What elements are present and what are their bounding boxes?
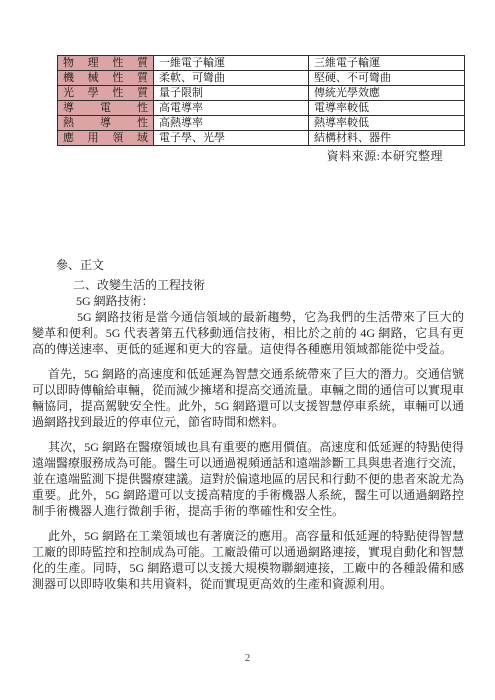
- row-header-mechanical: 機械性質: [63, 71, 148, 85]
- paragraph-industry: 此外，5G 網路在工業領域也有著廣泛的應用。高容量和低延遲的特點使得智慧工廠的即…: [32, 528, 464, 592]
- table-cell: 三維電子輸運: [309, 56, 465, 71]
- row-header-application: 應用領域: [63, 131, 148, 145]
- table-cell: 結構材料、器件: [309, 131, 465, 146]
- topic-line: 5G 網路技術：: [32, 293, 464, 309]
- table-row: 應用領域 電子學、光學 結構材料、器件: [58, 131, 465, 146]
- row-header-physical: 物理性質: [63, 56, 148, 70]
- table-cell: 高電導率: [154, 101, 309, 116]
- properties-comparison-table: 物理性質 一維電子輸運 三維電子輸運 機械性質 柔軟、可彎曲 堅硬、不可彎曲 光…: [57, 55, 465, 146]
- document-page: 物理性質 一維電子輸運 三維電子輸運 機械性質 柔軟、可彎曲 堅硬、不可彎曲 光…: [0, 0, 495, 700]
- table-row: 物理性質 一維電子輸運 三維電子輸運: [58, 56, 465, 71]
- section-heading: 參、正文: [32, 257, 464, 273]
- paragraph-medical: 其次，5G 網路在醫療領域也具有重要的應用價值。高速度和低延遲的特點使得遠端醫療…: [32, 439, 464, 519]
- row-header-thermal: 熱導性: [63, 116, 148, 130]
- row-header-cell: 熱導性: [58, 116, 154, 131]
- subsection-heading: 二、改變生活的工程技術: [32, 277, 464, 293]
- source-note: 資料來源:本研究整理: [57, 147, 464, 164]
- row-header-cell: 應用領域: [58, 131, 154, 146]
- page-number: 2: [0, 652, 495, 664]
- row-header-optical: 光學性質: [63, 86, 148, 100]
- row-header-cell: 機械性質: [58, 71, 154, 86]
- table-row: 熱導性 高熱導率 熱導率較低: [58, 116, 465, 131]
- body-text: 參、正文 二、改變生活的工程技術 5G 網路技術： 5G 網路技術是當今通信領域…: [32, 257, 464, 592]
- table-cell: 一維電子輸運: [154, 56, 309, 71]
- table-cell: 柔軟、可彎曲: [154, 71, 309, 86]
- paragraph-intro: 5G 網路技術是當今通信領域的最新趨勢，它為我們的生活帶來了巨大的變革和便利。5…: [32, 309, 464, 357]
- row-header-cell: 物理性質: [58, 56, 154, 71]
- row-header-cell: 光學性質: [58, 86, 154, 101]
- paragraph-transport: 首先，5G 網路的高速度和低延遲為智慧交通系統帶來了巨大的潛力。交通信號可以即時…: [32, 366, 464, 430]
- table-row: 光學性質 量子限制 傳統光學效應: [58, 86, 465, 101]
- table-row: 導電性 高電導率 電導率較低: [58, 101, 465, 116]
- table-cell: 熱導率較低: [309, 116, 465, 131]
- row-header-conductivity: 導電性: [63, 101, 148, 115]
- table-cell: 堅硬、不可彎曲: [309, 71, 465, 86]
- table-cell: 高熱導率: [154, 116, 309, 131]
- table-cell: 量子限制: [154, 86, 309, 101]
- table-cell: 傳統光學效應: [309, 86, 465, 101]
- table-row: 機械性質 柔軟、可彎曲 堅硬、不可彎曲: [58, 71, 465, 86]
- table-cell: 電導率較低: [309, 101, 465, 116]
- row-header-cell: 導電性: [58, 101, 154, 116]
- table-cell: 電子學、光學: [154, 131, 309, 146]
